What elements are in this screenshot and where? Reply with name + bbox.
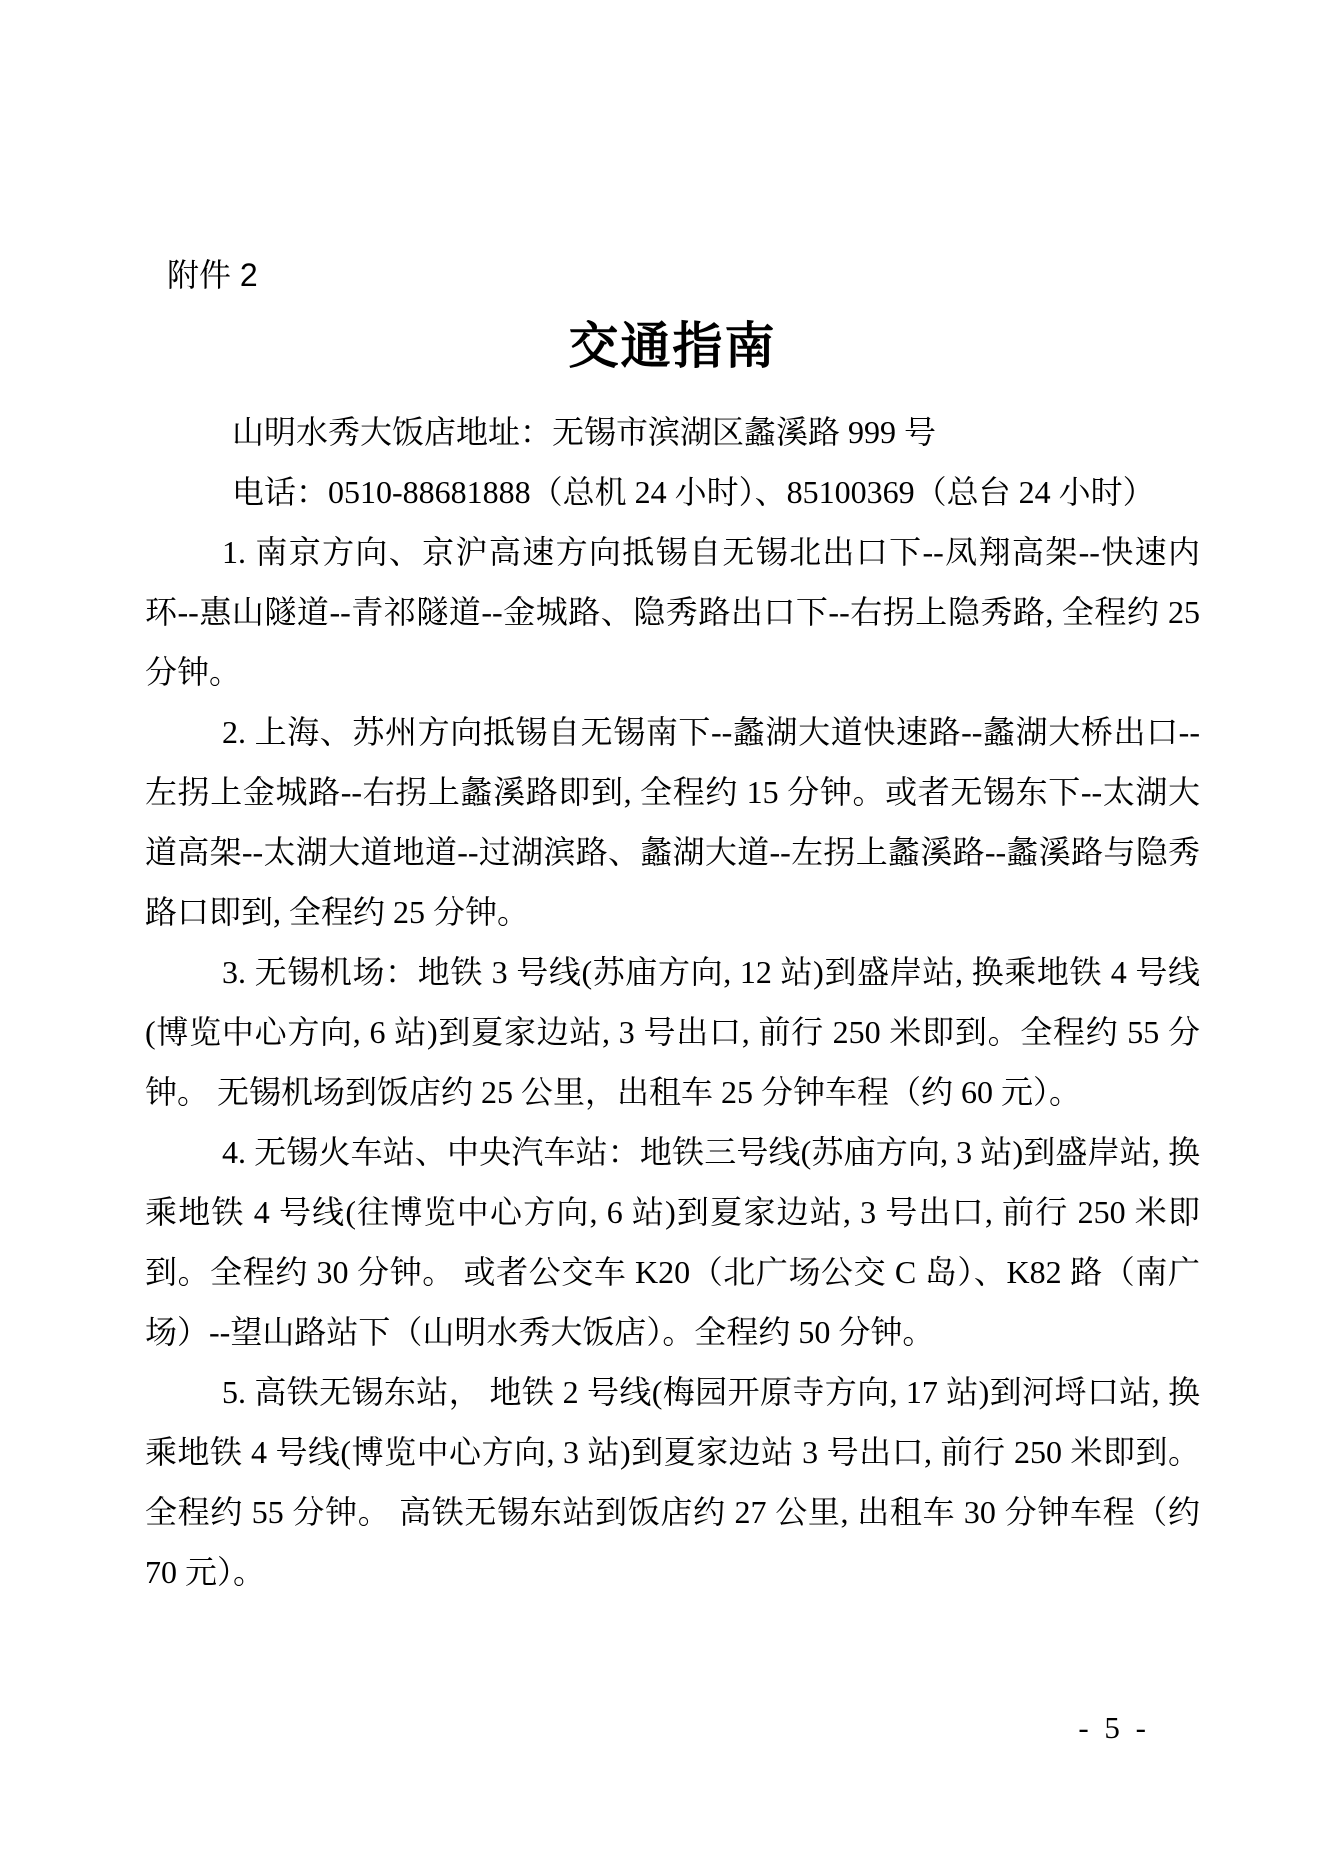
- hotel-phone-line: 电话：0510-88681888（总机 24 小时）、85100369（总台 2…: [145, 462, 1200, 522]
- document-page: 附件 2 交通指南 山明水秀大饭店地址：无锡市滨湖区蠡溪路 999 号 电话：0…: [0, 0, 1323, 1871]
- directions-paragraph-shanghai-suzhou: 2. 上海、苏州方向抵锡自无锡南下--蠡湖大道快速路--蠡湖大桥出口--左拐上金…: [145, 702, 1200, 942]
- attachment-label: 附件 2: [167, 256, 258, 294]
- directions-paragraph-airport: 3. 无锡机场：地铁 3 号线(苏庙方向, 12 站)到盛岸站, 换乘地铁 4 …: [145, 942, 1200, 1122]
- document-body: 山明水秀大饭店地址：无锡市滨湖区蠡溪路 999 号 电话：0510-886818…: [145, 402, 1200, 1602]
- directions-paragraph-railway-station: 4. 无锡火车站、中央汽车站：地铁三号线(苏庙方向, 3 站)到盛岸站, 换乘地…: [145, 1122, 1200, 1362]
- directions-paragraph-east-station: 5. 高铁无锡东站， 地铁 2 号线(梅园开原寺方向, 17 站)到河埒口站, …: [145, 1362, 1200, 1602]
- page-title: 交通指南: [145, 316, 1200, 376]
- hotel-address-line: 山明水秀大饭店地址：无锡市滨湖区蠡溪路 999 号: [145, 402, 1200, 462]
- page-number: - 5 -: [1078, 1710, 1150, 1746]
- directions-paragraph-nanjing: 1. 南京方向、京沪高速方向抵锡自无锡北出口下--凤翔高架--快速内环--惠山隧…: [145, 522, 1200, 702]
